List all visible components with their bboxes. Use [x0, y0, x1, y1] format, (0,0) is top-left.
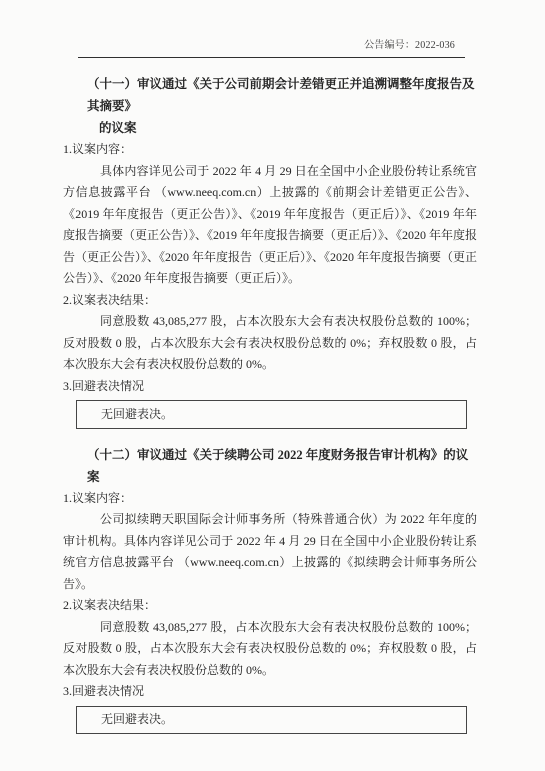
section-11-vote-heading: 2.议案表决结果： — [63, 290, 477, 312]
notice-number: 公告编号：2022-036 — [63, 40, 477, 52]
section-11-content-heading: 1.议案内容： — [63, 139, 477, 161]
section-proposal-11: （十一）审议通过《关于公司前期会计差错更正并追溯调整年度报告及其摘要》 的议案 … — [63, 73, 477, 429]
document-body: （十一）审议通过《关于公司前期会计差错更正并追溯调整年度报告及其摘要》 的议案 … — [63, 73, 477, 734]
section-12-title-line-1: （十二）审议通过《关于续聘公司 2022 年度财务报告审计机构》的议案 — [63, 444, 477, 488]
section-12-vote-heading: 2.议案表决结果： — [63, 595, 477, 617]
section-12-avoidance-box: 无回避表决。 — [76, 706, 467, 735]
section-11-title-line-2: 的议案 — [63, 117, 477, 139]
header-divider — [78, 57, 465, 58]
section-12-content-heading: 1.议案内容： — [63, 488, 477, 510]
section-proposal-12: （十二）审议通过《关于续聘公司 2022 年度财务报告审计机构》的议案 1.议案… — [63, 444, 477, 735]
document-page: 公告编号：2022-036 （十一）审议通过《关于公司前期会计差错更正并追溯调整… — [0, 0, 545, 771]
section-11-title-line-1: （十一）审议通过《关于公司前期会计差错更正并追溯调整年度报告及其摘要》 — [63, 73, 477, 117]
section-11-avoidance-heading: 3.回避表决情况 — [63, 376, 477, 398]
section-11-content-text: 具体内容详见公司于 2022 年 4 月 29 日在全国中小企业股份转让系统官方… — [63, 161, 477, 290]
section-12-vote-result-text: 同意股数 43,085,277 股，占本次股东大会有表决权股份总数的 100%；… — [63, 617, 477, 682]
section-11-vote-result-text: 同意股数 43,085,277 股，占本次股东大会有表决权股份总数的 100%；… — [63, 311, 477, 376]
section-12-avoidance-note: 无回避表决。 — [101, 712, 173, 726]
section-11-title: （十一）审议通过《关于公司前期会计差错更正并追溯调整年度报告及其摘要》 的议案 — [63, 73, 477, 139]
section-12-title: （十二）审议通过《关于续聘公司 2022 年度财务报告审计机构》的议案 — [63, 444, 477, 488]
section-11-avoidance-note: 无回避表决。 — [101, 407, 173, 421]
section-12-avoidance-heading: 3.回避表决情况 — [63, 681, 477, 703]
section-11-avoidance-box: 无回避表决。 — [76, 400, 467, 429]
section-12-content-text: 公司拟续聘天职国际会计师事务所（特殊普通合伙）为 2022 年年度的审计机构。具… — [63, 509, 477, 595]
